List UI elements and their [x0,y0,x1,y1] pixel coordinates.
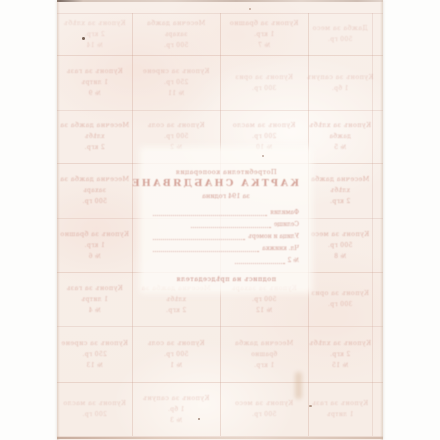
coupon-line: Купонъ за соль [147,120,204,131]
coupon-line: № 4 [88,305,100,316]
paper-surface: Купонъ за хлѣбъ2 кгр.№ 14Месечна дажбаза… [57,0,383,440]
scan-edge-top [57,0,383,2]
coupon-line: Месечна дажба [147,18,206,29]
grid-line-horizontal [57,326,383,327]
coupon-line: Купонъ за сапунъ [307,72,374,83]
coupon-line: Купонъ за брашно [230,18,299,29]
coupon-line: 500 гр. [328,34,353,45]
grid-line-vertical [132,13,133,436]
coupon-line: 2 кгр. [84,142,104,153]
coupon-line: 1 литръ [327,409,354,420]
rule-1-label: Фамилия [270,209,299,216]
coupon-cell: Месечна дажбахлѣбъ2 кгр. [310,165,370,216]
coupon-line: Купонъ за брашно [60,229,129,240]
coupon-line: Месечна дажба [311,174,370,185]
dotted-rule [191,220,271,228]
scan-edge-bottom [57,437,383,439]
coupon-line: Купонъ за газь [312,398,368,409]
form-rule-4: Чл. книжка [153,244,299,252]
coupon-line: № 11 [168,88,185,99]
coupon-line: Купонъ за месо [235,398,293,409]
coupon-line: хлѣбъ [85,131,105,142]
coupon-line: 500 гр. [164,349,189,360]
dotted-rule [235,256,285,264]
coupon-line: хлѣбъ [330,185,350,196]
coupon-line: 1 бр. [168,404,185,415]
coupon-line: № 3 [170,415,182,426]
form-rule-3: Улица и номеръ [153,232,299,240]
ration-card-form: Потребителна кооперация КАРТКА СНАБДЯВАН… [145,152,307,288]
coupon-line: 1 литръ [81,294,108,305]
coupon-line: Месечна дажба [235,338,294,349]
dirt-speck [82,37,85,40]
form-rule-1: Фамилия [153,208,299,216]
coupon-line: 250 гр. [164,77,189,88]
coupon-cell: Купонъ за газь1 литръ№ 9 [59,57,130,108]
grid-line-horizontal [57,55,383,56]
coupon-cell: Купонъ за газь1 литръ№ 4 [59,274,130,324]
coupon-cell: Купонъ за сапунъ1 бр. [310,57,370,108]
coupon-line: № 8 [334,251,346,262]
coupon-cell: Купонъ за месо500 гр.№ 8 [310,220,370,270]
coupon-line: Купонъ за соль [147,338,204,349]
form-rule-2: Селище [153,220,299,228]
coupon-line: № 5 [334,142,346,153]
coupon-cell: Купонъ за газь1 литръ [310,384,370,434]
scanned-document: Купонъ за хлѣбъ2 кгр.№ 14Месечна дажбаза… [0,0,440,440]
coupon-line: Купонъ за сирене [61,338,128,349]
year-line: за 194 година [153,192,299,200]
grid-line-horizontal [57,382,383,383]
coupon-line: Купонъ за хлѣбъ [63,18,125,29]
coupon-cell: Купонъ за хлѣбъ2 кгр.№ 15 [310,328,370,380]
coupon-line: 500 гр. [164,131,189,142]
coupon-cell: Купонъ за сирене250 гр.№ 13 [59,328,130,380]
coupon-cell: Купонъ за сирене250 гр.№ 11 [134,57,218,108]
coupon-cell: Купонъ за брашно1 кгр.№ 6 [59,220,130,270]
coupon-line: 500 гр. [252,294,277,305]
coupon-cell: Купонъ за хлѣбъ2 кгр.№ 14 [59,15,130,53]
coupon-line: Месечна дажба за [60,120,129,131]
coupon-line: № 1 [170,360,182,371]
coupon-line: 300 гр. [328,299,353,310]
rule-5-label: № 2 [288,257,299,264]
coupon-cell: Купонъ за брашно1 кгр.№ 7 [222,15,306,53]
coupon-line: 200 гр. [252,131,277,142]
coupon-line: Купонъ за газь [66,66,122,77]
grid-line-horizontal [57,110,383,111]
ink-smudge [295,372,302,399]
dirt-speck [249,8,251,10]
coupon-line: Купонъ за масло [233,120,296,131]
dotted-rule [153,244,259,252]
coupon-line: 500 гр. [328,240,353,251]
form-footer-line: подписъ на прѣдседателя [153,275,299,283]
coupon-line: Купонъ за сапунъ [143,393,210,404]
coupon-line: 1 литръ [81,77,108,88]
coupon-cell: Дажба за месо500 гр. [310,15,370,53]
coupon-cell: Купонъ за сапунъ1 бр.№ 3 [134,384,218,434]
coupon-line: 250 гр. [82,349,107,360]
dirt-speck [198,418,200,420]
coupon-line: Купонъ за хлѣбъ [309,338,371,349]
coupon-line: Купонъ за месо [311,229,369,240]
coupon-line: Купонъ за хлѣбъ [309,120,371,131]
coupon-line: № 6 [88,251,100,262]
coupon-line: брашно [251,349,277,360]
coupon-line: 2 кгр. [330,349,350,360]
coupon-line: 300 гр. [252,83,277,94]
coupon-cell: Купонъ за ориз300 гр. [222,57,306,108]
coupon-line: № 13 [86,360,103,371]
rule-3-label: Улица и номеръ [248,233,299,240]
coupon-line: 1 бр. [332,83,349,94]
grid-line-horizontal [57,13,383,14]
coupon-cell: Купонъ за месо500 гр. [222,384,306,434]
coupon-line: Месечна дажба за [60,174,129,185]
dotted-rule [153,208,267,216]
scan-edge-left [57,0,60,440]
coupon-cell: Купонъ за ориз300 гр. [310,274,370,324]
coupon-line: 500 гр. [82,196,107,207]
coupon-line: № 12 [256,305,273,316]
dirt-speck [309,405,312,407]
dotted-rule [153,232,245,240]
coupon-cell: Купонъ за соль500 гр.№ 1 [134,328,218,380]
coupon-line: 2 кгр. [166,305,186,316]
coupon-line: 1 кгр. [254,360,274,371]
coupon-line: хлѣбъ [166,294,186,305]
grid-line-vertical [308,13,309,436]
coupon-line: Купонъ за ориз [311,288,369,299]
coupon-cell: Месечна дажбабрашно1 кгр. [222,328,306,380]
coupon-line: 500 гр. [164,40,189,51]
issuer-line: Потребителна кооперация [153,168,299,176]
coupon-line: 2 кгр. [84,29,104,40]
coupon-line: Купонъ за ориз [235,72,293,83]
coupon-cell: Месечна дажба захлѣбъ2 кгр. [59,112,130,161]
coupon-line: 2 кгр. [330,196,350,207]
scan-edge-right [380,0,383,440]
coupon-line: Купонъ за сирене [143,66,210,77]
coupon-cell: Купонъ за хлѣбъдажба№ 5 [310,112,370,161]
coupon-line: 1 кгр. [254,29,274,40]
coupon-line: Дажба за месо [312,23,368,34]
grid-line-vertical [372,13,373,436]
card-title: КАРТКА СНАБДЯВАНЕ [153,178,299,189]
coupon-line: 500 гр. [252,409,277,420]
rule-2-label: Селище [274,221,299,228]
coupon-line: 200 гр. [82,409,107,420]
coupon-line: № 14 [86,40,103,51]
coupon-cell: Месечна дажбазахарь500 гр. [134,15,218,53]
coupon-cell: Купонъ за масло200 гр. [59,384,130,434]
coupon-line: № 9 [88,88,100,99]
coupon-line: захарь [164,29,187,40]
coupon-line: дажба [329,131,351,142]
form-rule-5: № 2 [153,256,299,264]
coupon-cell: Месечна дажба зазахарь500 гр. [59,165,130,216]
coupon-line: захарь [83,185,106,196]
rule-4-label: Чл. книжка [262,245,299,252]
coupon-line: № 15 [332,360,349,371]
coupon-line: № 7 [258,40,270,51]
coupon-line: Купонъ за масло [63,398,126,409]
coupon-line: 1 кгр. [84,240,104,251]
coupon-line: Купонъ за газь [66,283,122,294]
paper-sheet: Купонъ за хлѣбъ2 кгр.№ 14Месечна дажбаза… [57,0,383,440]
